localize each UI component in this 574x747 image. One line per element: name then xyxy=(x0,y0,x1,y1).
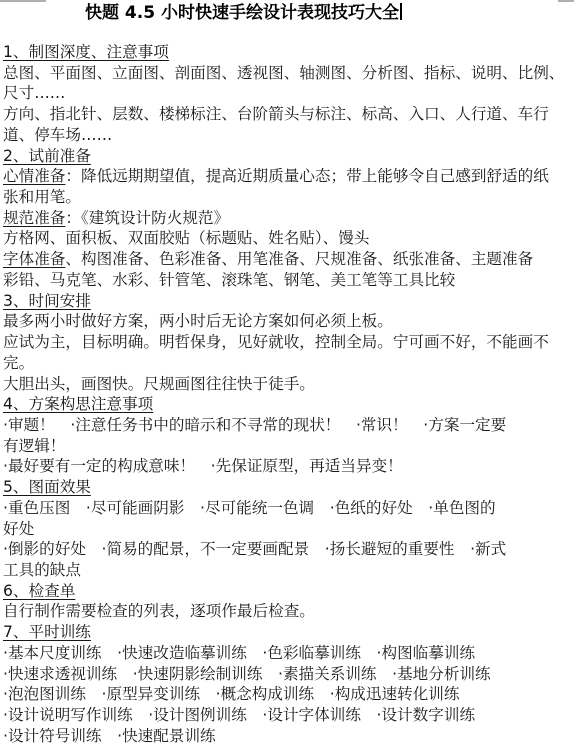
text-line[interactable]: 彩铅、马克笔、水彩、针管笔、滚珠笔、钢笔、美工笔等工具比较 xyxy=(3,270,574,291)
document-title: 快题 4.5 小时快速手绘设计表现技巧大全 xyxy=(85,3,399,23)
text-line[interactable]: ·快速求透视训练 ·快速阴影绘制训练 ·素描关系训练 ·基地分析训练 xyxy=(3,664,574,685)
text-segment: ·重色压图 ·尽可能画阴影 ·尽可能统一色调 ·色纸的好处 ·单色图的 xyxy=(3,499,496,517)
text-segment: 好处 xyxy=(3,520,34,538)
text-segment: ·设计符号训练 ·快速配景训练 xyxy=(3,727,216,745)
text-segment: 张和用笔。 xyxy=(3,188,81,206)
text-line[interactable]: 规范准备：《建筑设计防火规范》 xyxy=(3,208,574,229)
underlined-text-segment: 心情准备 xyxy=(3,167,65,185)
section-heading-line[interactable]: 5、图面效果 xyxy=(3,477,574,498)
text-line[interactable]: 自行制作需要检查的列表，逐项作最后检查。 xyxy=(3,601,574,622)
text-line[interactable]: 最多两小时做好方案，两小时后无论方案如何必须上板。 xyxy=(3,311,574,332)
text-segment: 方格网、面积板、双面胶贴（标题贴、姓名贴）、馒头 xyxy=(3,229,369,247)
text-segment: ·倒影的好处 ·简易的配景，不一定要画配景 ·扬长避短的重要性 ·新式 xyxy=(3,540,506,558)
text-line[interactable]: 尺寸…… xyxy=(3,83,574,104)
underlined-text-segment: 6、检查单 xyxy=(3,582,75,600)
text-segment: ·审题！ ·注意任务书中的暗示和不寻常的现状！ ·常识！ ·方案一定要 xyxy=(3,416,506,434)
text-line[interactable]: ·重色压图 ·尽可能画阴影 ·尽可能统一色调 ·色纸的好处 ·单色图的 xyxy=(3,498,574,519)
section-heading-line[interactable]: 2、试前准备 xyxy=(3,146,574,167)
section-heading-line[interactable]: 3、时间安排 xyxy=(3,291,574,312)
text-line[interactable]: 张和用笔。 xyxy=(3,187,574,208)
document-page: 快题 4.5 小时快速手绘设计表现技巧大全 1、制图深度、注意事项总图、平面图、… xyxy=(0,0,574,747)
text-segment: 应试为主，目标明确。明哲保身，见好就收，控制全局。宁可画不好，不能画不 xyxy=(3,333,549,351)
text-line[interactable]: ·设计符号训练 ·快速配景训练 xyxy=(3,726,574,747)
underlined-text-segment: 字体准备 xyxy=(3,250,65,268)
section-heading-line[interactable]: 1、制图深度、注意事项 xyxy=(3,42,574,63)
text-segment: 方向、指北针、层数、楼梯标注、台阶箭头与标注、标高、入口、人行道、车行 xyxy=(3,105,549,123)
underlined-text-segment: 1、制图深度、注意事项 xyxy=(3,43,169,61)
underlined-text-segment: 3、时间安排 xyxy=(3,292,91,310)
section-heading-line[interactable]: 4、方案构思注意事项 xyxy=(3,394,574,415)
text-cursor xyxy=(400,3,402,20)
text-line[interactable]: ·倒影的好处 ·简易的配景，不一定要画配景 ·扬长避短的重要性 ·新式 xyxy=(3,539,574,560)
text-line[interactable]: ·基本尺度训练 ·快速改造临摹训练 ·色彩临摹训练 ·构图临摹训练 xyxy=(3,643,574,664)
text-line[interactable]: 方向、指北针、层数、楼梯标注、台阶箭头与标注、标高、入口、人行道、车行 xyxy=(3,104,574,125)
text-segment: 最多两小时做好方案，两小时后无论方案如何必须上板。 xyxy=(3,312,393,330)
text-segment: 、构图准备、色彩准备、用笔准备、尺规准备、纸张准备、主题准备 xyxy=(65,250,533,268)
text-line[interactable]: 好处 xyxy=(3,519,574,540)
text-segment: 完。 xyxy=(3,354,34,372)
text-line[interactable]: ·设计说明写作训练 ·设计图例训练 ·设计字体训练 ·设计数字训练 xyxy=(3,705,574,726)
text-line[interactable]: ·审题！ ·注意任务书中的暗示和不寻常的现状！ ·常识！ ·方案一定要 xyxy=(3,415,574,436)
text-line[interactable]: 有逻辑！ xyxy=(3,436,574,457)
underlined-text-segment: 5、图面效果 xyxy=(3,478,91,496)
text-line[interactable]: 道、停车场…… xyxy=(3,125,574,146)
text-line[interactable]: 总图、平面图、立面图、剖面图、透视图、轴测图、分析图、指标、说明、比例、 xyxy=(3,63,574,84)
window-edge-artifact-right xyxy=(558,0,574,2)
section-heading-line[interactable]: 6、检查单 xyxy=(3,581,574,602)
text-line[interactable]: 应试为主，目标明确。明哲保身，见好就收，控制全局。宁可画不好，不能画不 xyxy=(3,332,574,353)
text-segment: ·泡泡图训练 ·原型异变训练 ·概念构成训练 ·构成迅速转化训练 xyxy=(3,685,459,703)
text-line[interactable]: 心情准备：降低远期期望值，提高近期质量心态；带上能够令自己感到舒适的纸 xyxy=(3,166,574,187)
underlined-text-segment: 2、试前准备 xyxy=(3,147,91,165)
text-line[interactable]: 大胆出头，画图快。尺规画图往往快于徒手。 xyxy=(3,374,574,395)
underlined-text-segment: 规范准备 xyxy=(3,209,65,227)
text-segment: 道、停车场…… xyxy=(3,126,112,144)
text-segment: 彩铅、马克笔、水彩、针管笔、滚珠笔、钢笔、美工笔等工具比较 xyxy=(3,271,455,289)
section-heading-line[interactable]: 7、平时训练 xyxy=(3,622,574,643)
text-segment: ·设计说明写作训练 ·设计图例训练 ·设计字体训练 ·设计数字训练 xyxy=(3,706,475,724)
text-segment: 尺寸…… xyxy=(3,84,65,102)
text-segment: ·基本尺度训练 ·快速改造临摹训练 ·色彩临摹训练 ·构图临摹训练 xyxy=(3,644,475,662)
text-line[interactable]: 字体准备、构图准备、色彩准备、用笔准备、尺规准备、纸张准备、主题准备 xyxy=(3,249,574,270)
text-segment: ：《建筑设计防火规范》 xyxy=(65,209,229,227)
underlined-text-segment: 4、方案构思注意事项 xyxy=(3,395,153,413)
text-segment: 总图、平面图、立面图、剖面图、透视图、轴测图、分析图、指标、说明、比例、 xyxy=(3,64,564,82)
text-line[interactable]: 方格网、面积板、双面胶贴（标题贴、姓名贴）、馒头 xyxy=(3,228,574,249)
underlined-text-segment: 7、平时训练 xyxy=(3,623,91,641)
window-edge-artifact-left xyxy=(0,0,46,2)
document-title-line[interactable]: 快题 4.5 小时快速手绘设计表现技巧大全 xyxy=(85,2,402,24)
text-line[interactable]: ·泡泡图训练 ·原型异变训练 ·概念构成训练 ·构成迅速转化训练 xyxy=(3,684,574,705)
text-segment: 工具的缺点 xyxy=(3,561,81,579)
text-segment: 大胆出头，画图快。尺规画图往往快于徒手。 xyxy=(3,375,315,393)
text-line[interactable]: 工具的缺点 xyxy=(3,560,574,581)
document-body[interactable]: 1、制图深度、注意事项总图、平面图、立面图、剖面图、透视图、轴测图、分析图、指标… xyxy=(3,42,574,746)
text-line[interactable]: ·最好要有一定的构成意味！ ·先保证原型，再适当异变！ xyxy=(3,456,574,477)
text-segment: ·最好要有一定的构成意味！ ·先保证原型，再适当异变！ xyxy=(3,457,403,475)
text-segment: 自行制作需要检查的列表，逐项作最后检查。 xyxy=(3,602,315,620)
text-segment: 有逻辑！ xyxy=(3,437,65,455)
text-segment: ：降低远期期望值，提高近期质量心态；带上能够令自己感到舒适的纸 xyxy=(65,167,548,185)
text-segment: ·快速求透视训练 ·快速阴影绘制训练 ·素描关系训练 ·基地分析训练 xyxy=(3,665,491,683)
text-line[interactable]: 完。 xyxy=(3,353,574,374)
